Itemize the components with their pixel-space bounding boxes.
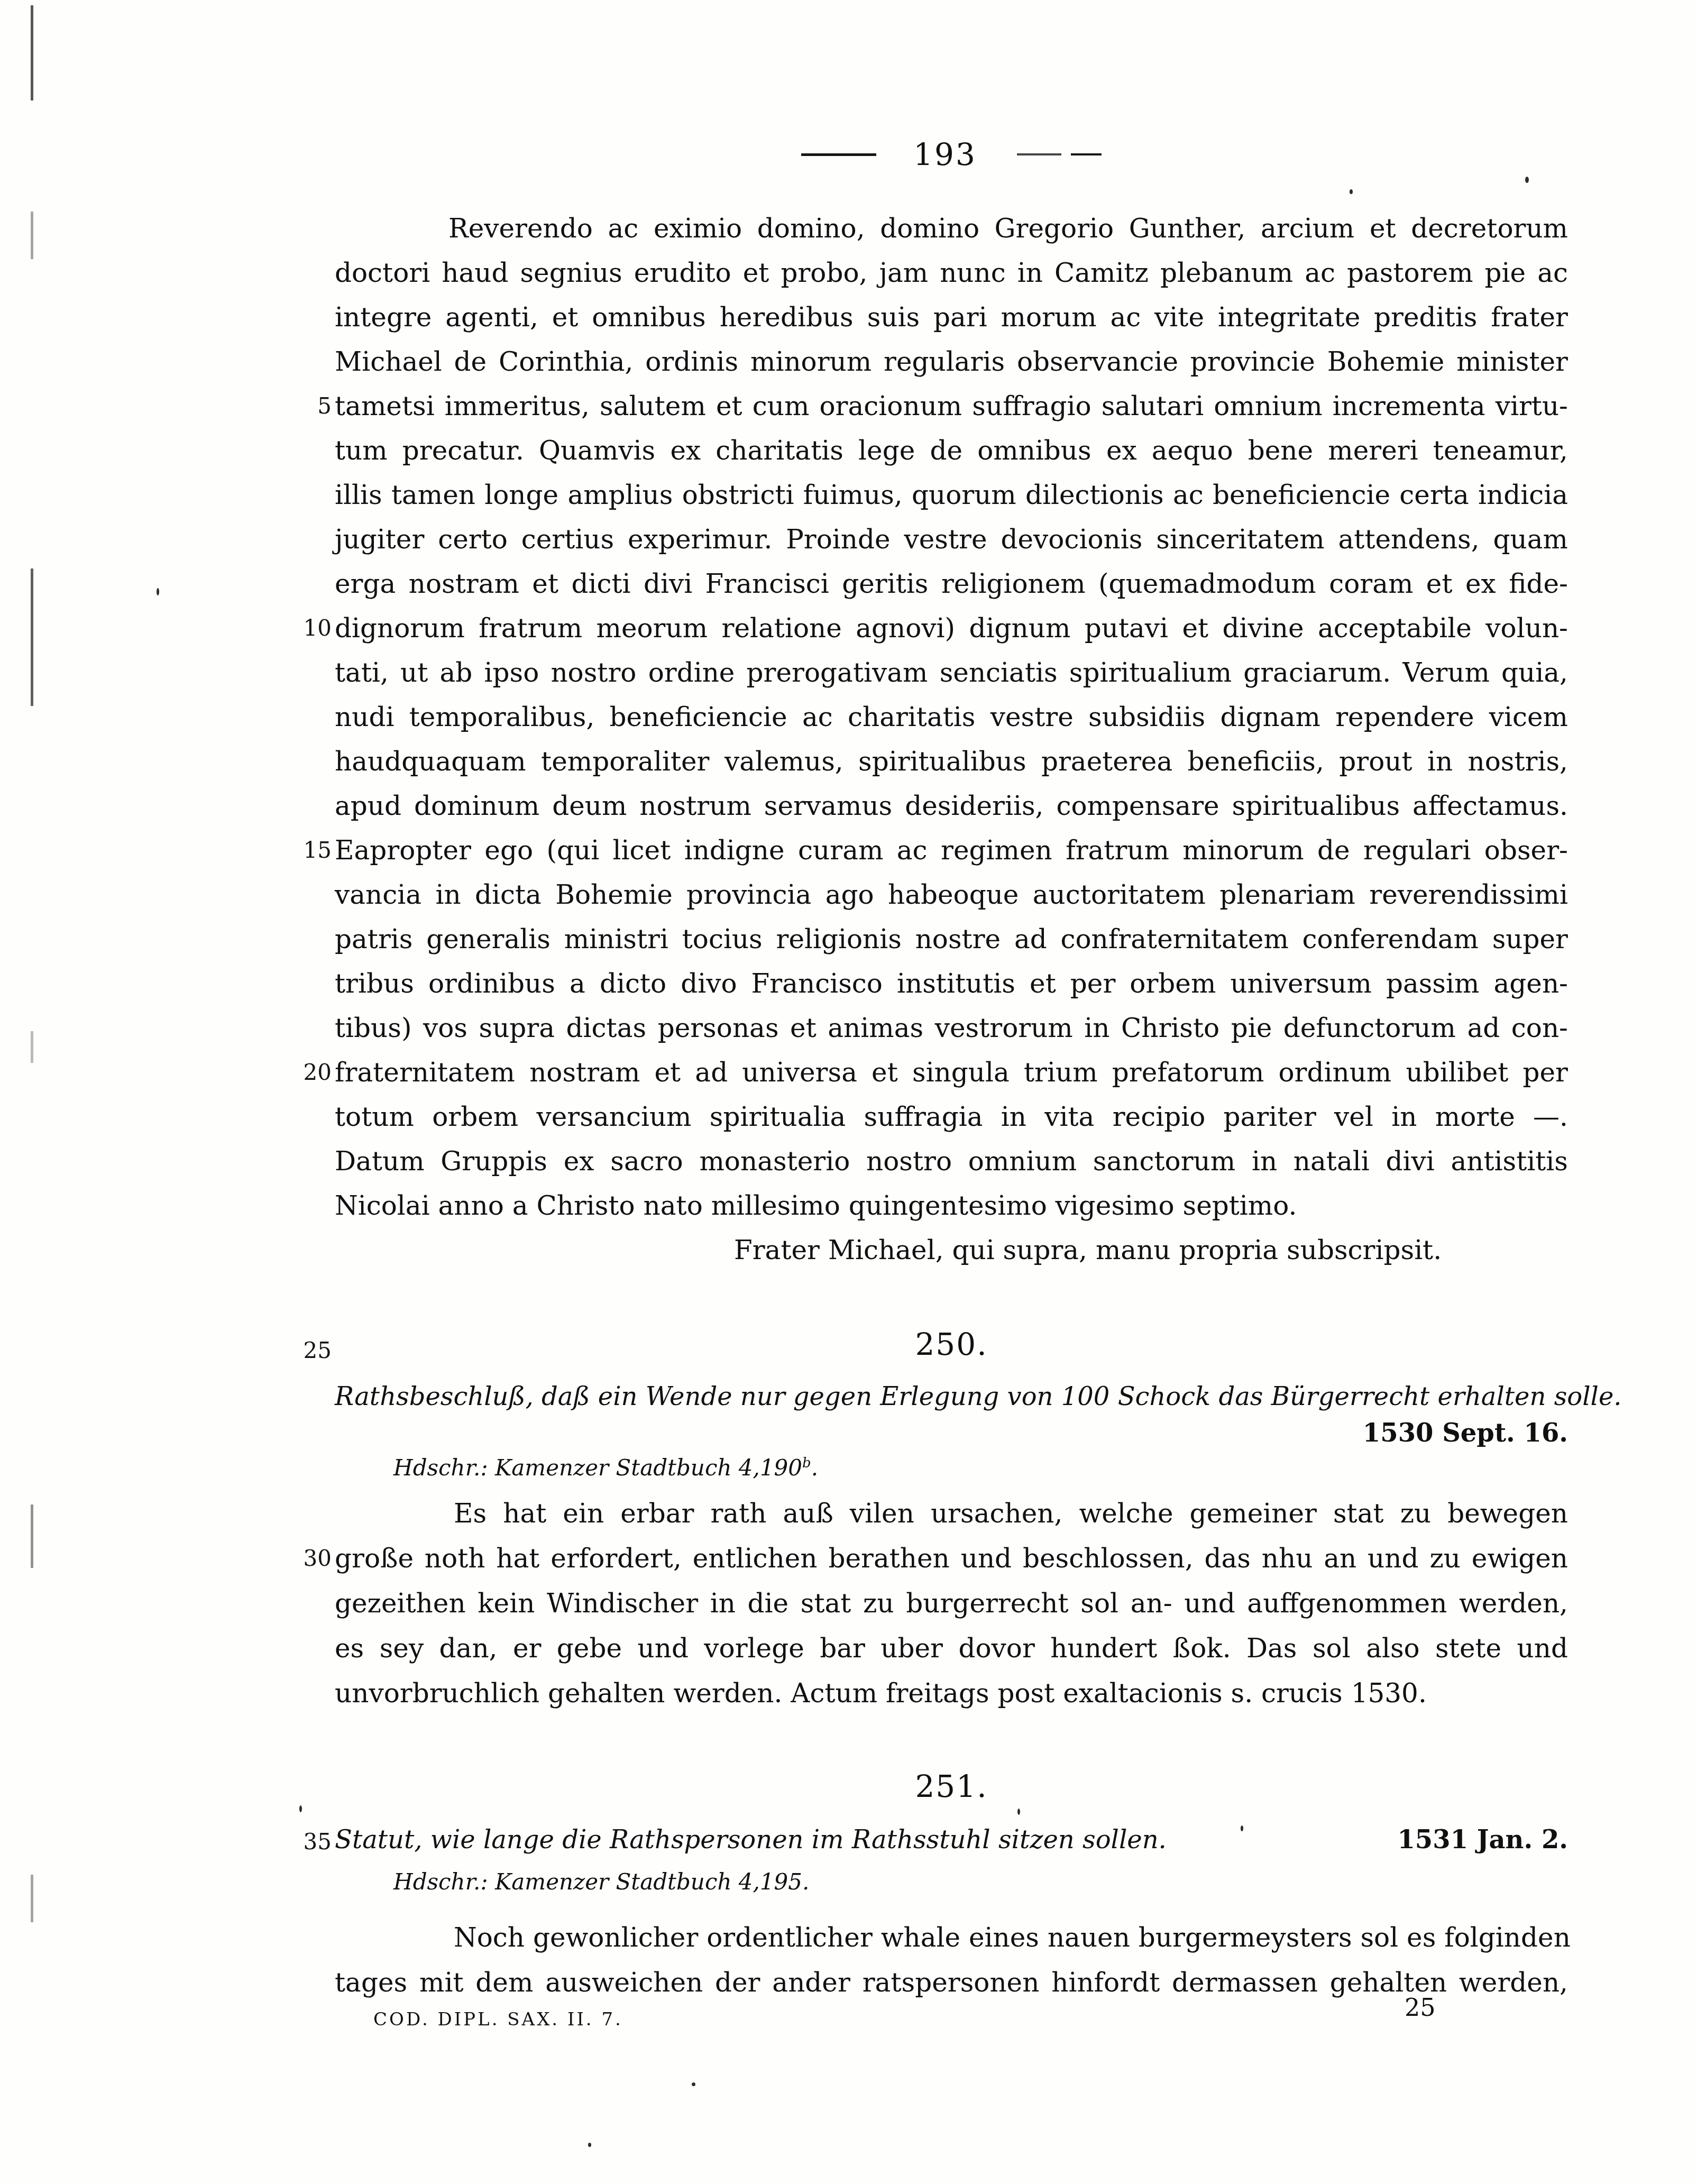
spine-shadow — [31, 1875, 33, 1922]
doc250-date: 1530 Sept. 16. — [335, 1416, 1568, 1450]
doc251-date: 1531 Jan. 2. — [1397, 1821, 1568, 1858]
doc250-line: große noth hat erfordert, entlichen bera… — [335, 1536, 1568, 1581]
doc249-line: Reverendo ac eximio domino, domino Grego… — [335, 206, 1568, 251]
margin-line-number-30: 30 — [254, 1536, 332, 1581]
doc251-paragraph: Noch gewonlicher ordentlicher whale eine… — [335, 1915, 1568, 2005]
doc250-source: Hdschr.: Kamenzer Stadtbuch 4,190b. — [335, 1448, 1627, 1479]
spine-shadow — [31, 1031, 33, 1063]
scan-speck — [1525, 177, 1529, 183]
spine-shadow — [31, 568, 33, 706]
page-number: 193 — [913, 136, 977, 172]
doc251-source: Hdschr.: Kamenzer Stadtbuch 4,195. — [335, 1867, 1627, 1897]
spine-shadow — [31, 212, 33, 259]
doc249-line: tribus ordinibus a dicto divo Francisco … — [335, 961, 1568, 1006]
page-header: 193 — [335, 133, 1568, 176]
margin-line-number-5: 5 — [254, 384, 332, 428]
doc251-line: tages mit dem ausweichen der ander ratsp… — [335, 1960, 1568, 2005]
scan-speck — [1350, 189, 1353, 194]
doc250-paragraph: Es hat ein erbar rath auß vilen ursachen… — [335, 1491, 1568, 1716]
doc251-regest-row: Statut, wie lange die Rathspersonen im R… — [335, 1821, 1568, 1858]
doc249-line: tum precatur. Quamvis ex charitatis lege… — [335, 428, 1568, 473]
header-dash-left-icon — [801, 153, 876, 156]
doc251-line: Noch gewonlicher ordentlicher whale eine… — [335, 1915, 1568, 1960]
spine-shadow — [31, 1504, 33, 1568]
doc250-heading-number: 250. — [335, 1322, 1568, 1366]
doc249-line: tibus) vos supra dictas personas et anim… — [335, 1006, 1568, 1050]
doc249-line: Nicolai anno a Christo nato millesimo qu… — [335, 1183, 1568, 1228]
doc249-signature: Frater Michael, qui supra, manu propria … — [335, 1228, 1568, 1272]
doc250-source-text: Hdschr.: Kamenzer Stadtbuch 4,190 — [393, 1455, 802, 1481]
doc250-line: Es hat ein erbar rath auß vilen ursachen… — [335, 1491, 1568, 1536]
header-dash-right1-icon — [1017, 153, 1061, 155]
doc249-line: erga nostram et dicti divi Francisci ger… — [335, 562, 1568, 606]
doc249-line: apud dominum deum nostrum servamus desid… — [335, 784, 1568, 828]
doc249-line: doctori haud segnius erudito et probo, j… — [335, 251, 1568, 295]
doc249-line: Datum Gruppis ex sacro monasterio nostro… — [335, 1139, 1568, 1183]
margin-line-number-10: 10 — [254, 606, 332, 650]
doc250-line: unvorbruchlich gehalten werden. Actum fr… — [335, 1671, 1568, 1716]
scan-speck — [299, 1805, 302, 1812]
scan-speck — [588, 2143, 591, 2147]
doc251-regest: Statut, wie lange die Rathspersonen im R… — [335, 1821, 1167, 1858]
doc250-line: es sey dan, er gebe und vorlege bar uber… — [335, 1626, 1568, 1671]
margin-line-number-15: 15 — [254, 828, 332, 873]
doc249-line: jugiter certo certius experimur. Proinde… — [335, 517, 1568, 562]
margin-line-number-35: 35 — [254, 1823, 332, 1860]
spine-shadow — [31, 5, 33, 100]
doc249-line: dignorum fratrum meorum relatione agnovi… — [335, 606, 1568, 650]
doc249-line: vancia in dicta Bohemie provincia ago ha… — [335, 873, 1568, 917]
doc249-line: haudquaquam temporaliter valemus, spirit… — [335, 739, 1568, 784]
doc249-line: integre agenti, et omnibus heredibus sui… — [335, 295, 1568, 339]
doc249-line: tametsi immeritus, salutem et cum oracio… — [335, 384, 1568, 428]
doc251-heading-number: 251. — [335, 1764, 1568, 1809]
margin-line-number-20: 20 — [254, 1050, 332, 1095]
scan-speck — [1241, 1825, 1243, 1831]
doc250-line: gezeithen kein Windischer in die stat zu… — [335, 1581, 1568, 1626]
doc250-source-period: . — [811, 1455, 818, 1481]
margin-line-number-25: 25 — [254, 1328, 332, 1373]
footer-sheet-number: 25 — [1405, 1993, 1436, 2022]
scan-speck — [157, 588, 159, 595]
doc249-line: patris generalis ministri tocius religio… — [335, 917, 1568, 961]
scanned-book-page: 193 5 10 15 20 25 30 35 Reverendo ac exi… — [0, 0, 1697, 2184]
doc249-line: Michael de Corinthia, ordinis minorum re… — [335, 339, 1568, 384]
scan-speck — [1017, 1809, 1020, 1815]
doc249-line: nudi temporalibus, beneficiencie ac char… — [335, 695, 1568, 739]
doc249-line: tati, ut ab ipso nostro ordine prerogati… — [335, 650, 1568, 695]
scan-speck — [692, 2082, 695, 2086]
footer-imprint: COD. DIPL. SAX. II. 7. — [373, 2007, 623, 2032]
header-dash-right2-icon — [1071, 153, 1102, 155]
doc249-line: totum orbem versancium spiritualia suffr… — [335, 1095, 1568, 1139]
doc249-paragraph: Reverendo ac eximio domino, domino Grego… — [335, 206, 1568, 1272]
doc249-line: illis tamen longe amplius obstricti fuim… — [335, 473, 1568, 517]
doc249-line: Eapropter ego (qui licet indigne curam a… — [335, 828, 1568, 873]
doc249-line: fraternitatem nostram et ad universa et … — [335, 1050, 1568, 1095]
doc250-regest: Rathsbeschluß, daß ein Wende nur gegen E… — [335, 1378, 1568, 1415]
doc250-source-superscript: b — [802, 1455, 811, 1471]
